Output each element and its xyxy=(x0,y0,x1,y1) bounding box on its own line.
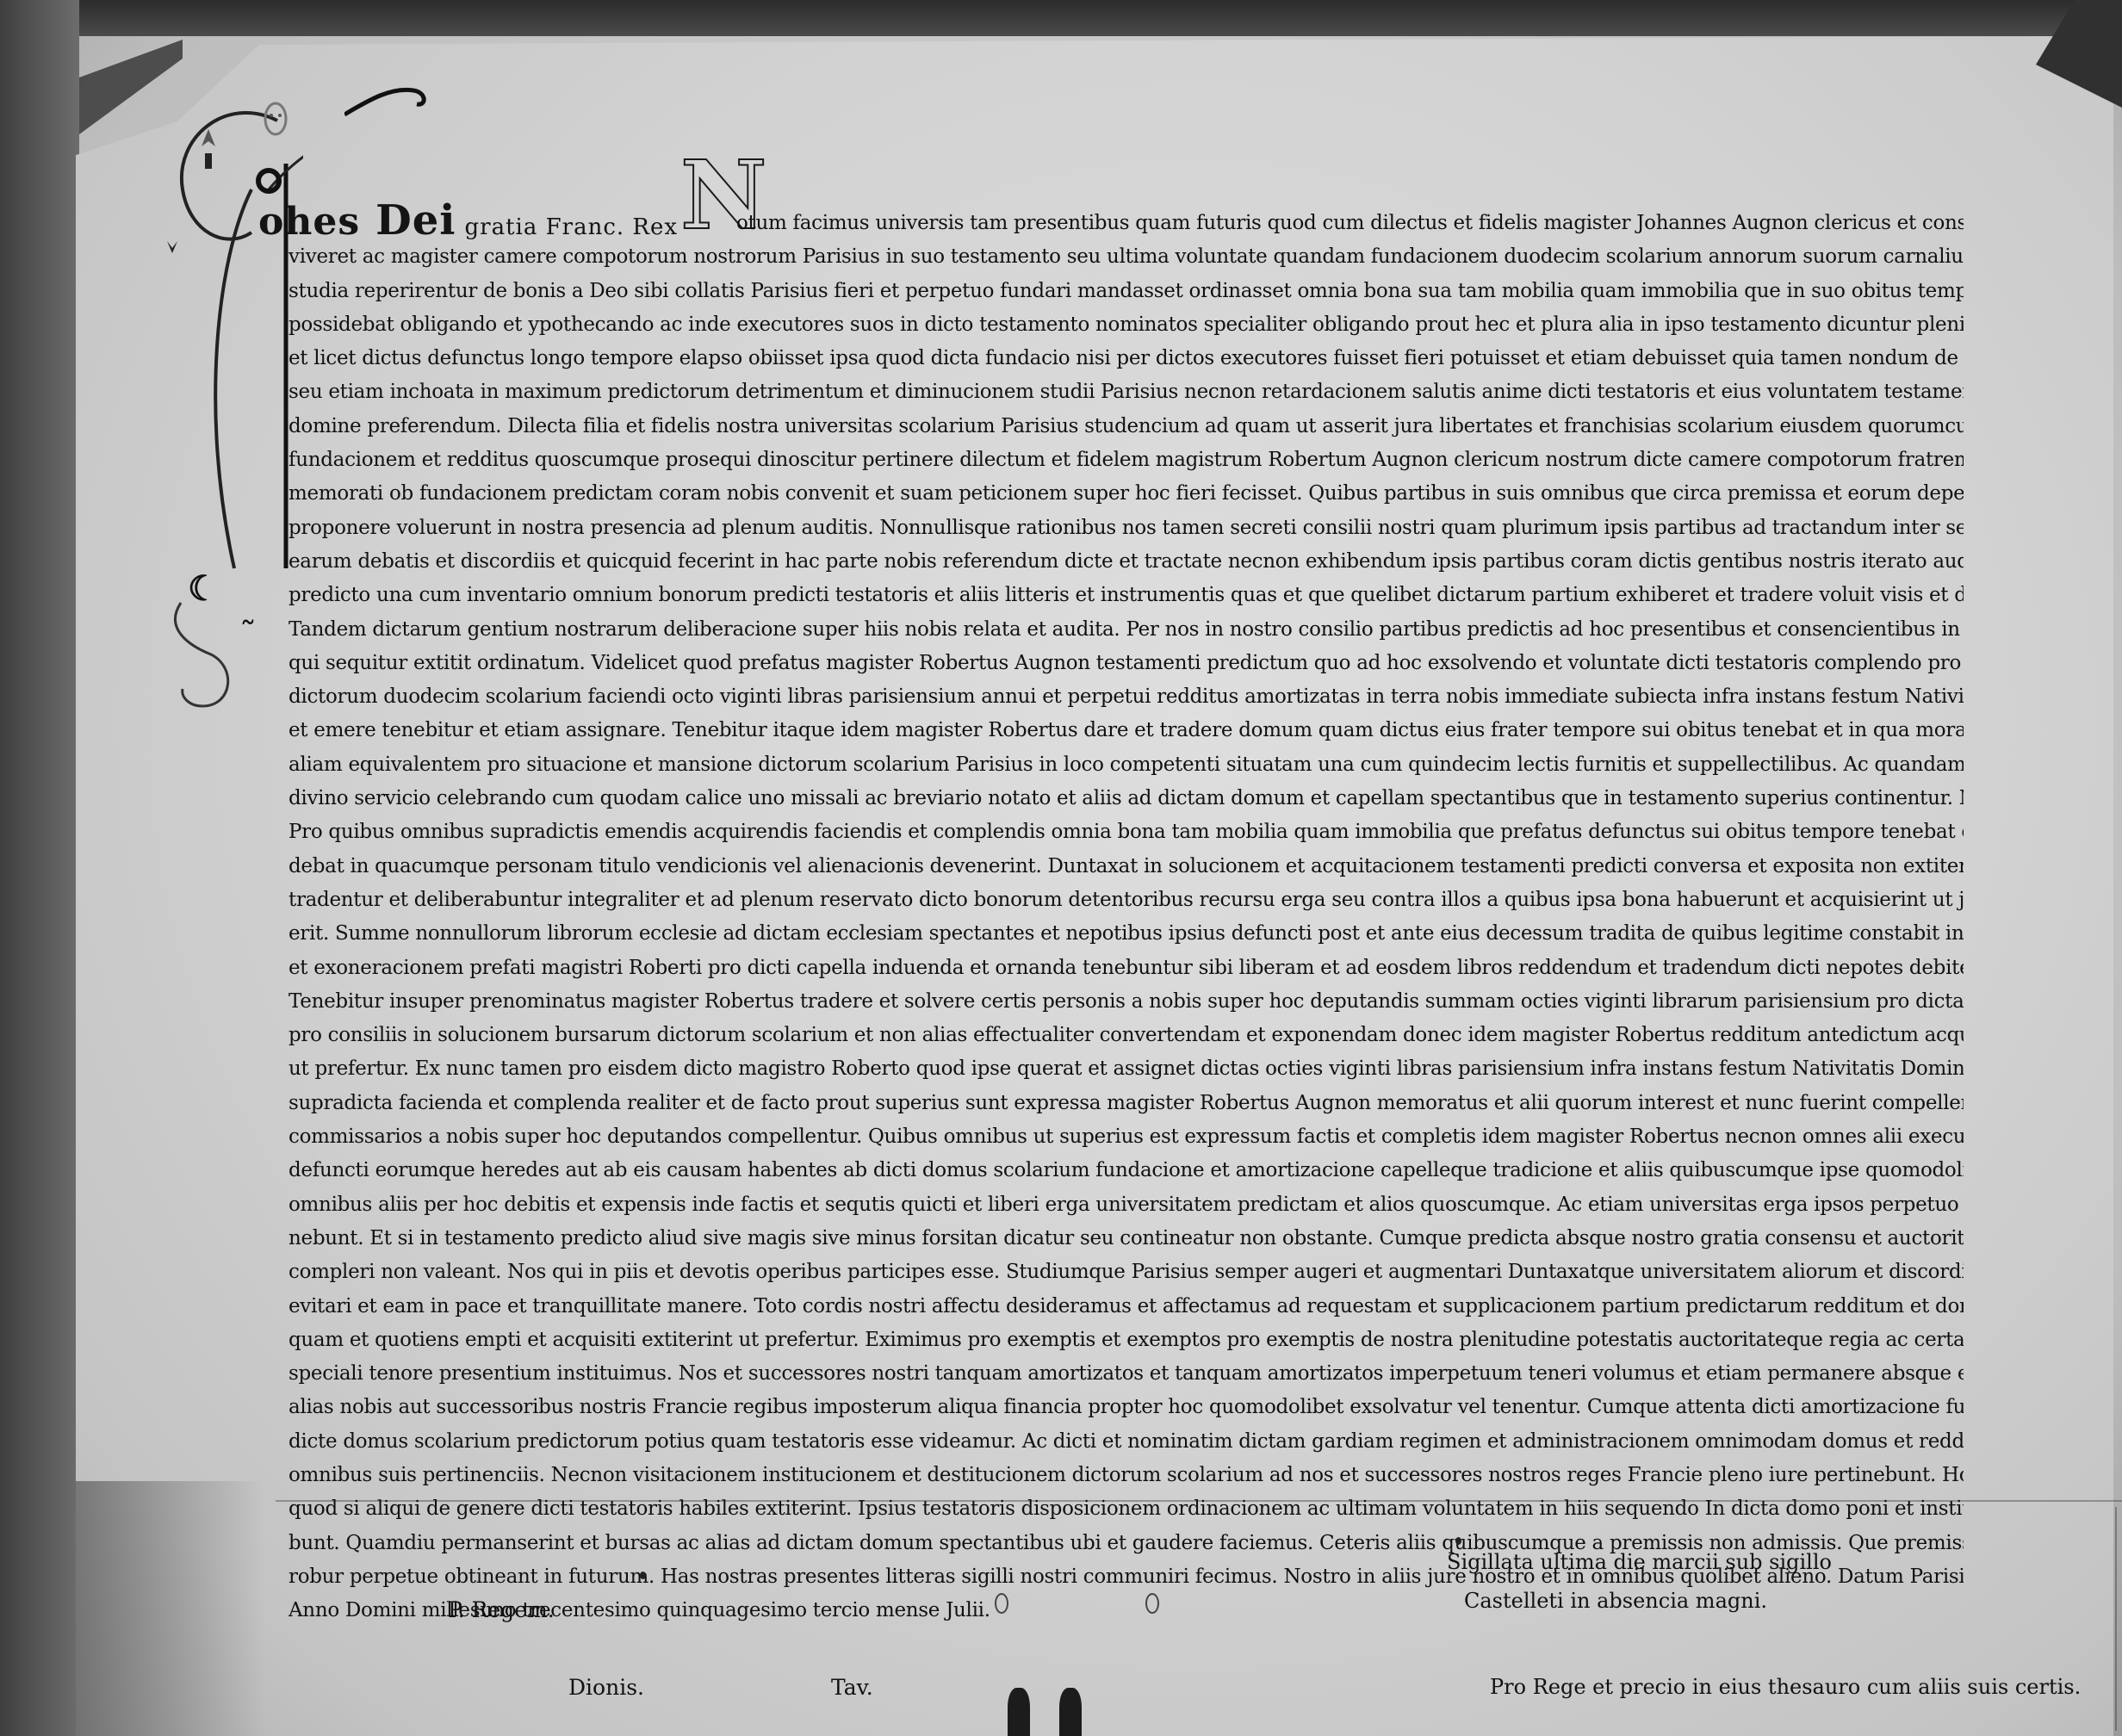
flourish-curl-icon xyxy=(344,82,431,116)
text-line: proponere voluerunt in nostra presencia … xyxy=(289,512,1964,545)
chancery-note-pro-rege: Pro Rege et precio in eius thesauro cum … xyxy=(1490,1675,2081,1699)
decorated-initial-j xyxy=(148,86,303,603)
face-ornament-icon xyxy=(258,95,293,146)
seal-slit-hole xyxy=(995,1593,1008,1614)
tilde-mark-icon: ˜ xyxy=(239,616,257,655)
text-line: quod si aliqui de genere dicti testatori… xyxy=(289,1492,1964,1526)
plica-edge-right xyxy=(2115,1507,2117,1731)
dating-clause: Anno Domini millesimo trecentesimo quinq… xyxy=(289,1594,1236,1627)
seal-tags xyxy=(990,1688,1094,1736)
secretary-mark: Tav. xyxy=(831,1675,873,1700)
text-line: Pro quibus omnibus supradictis emendis a… xyxy=(289,815,1964,849)
text-line: possidebat obligando et ypothecando ac i… xyxy=(289,308,1964,342)
seal-slit-hole xyxy=(1145,1593,1159,1614)
text-line: earum debatis et discordiis et quicquid … xyxy=(289,545,1964,579)
per-regem-note: P. Regem. xyxy=(448,1597,555,1622)
text-line: omnibus aliis per hoc debitis et expensi… xyxy=(289,1188,1964,1222)
text-line: et licet dictus defunctus longo tempore … xyxy=(289,342,1964,375)
ink-speck xyxy=(1455,1537,1461,1545)
text-line: otum facimus universis tam presentibus q… xyxy=(289,207,1964,240)
text-line: Tenebitur insuper prenominatus magister … xyxy=(289,985,1964,1019)
text-line: quam et quotiens empti et acquisiti exti… xyxy=(289,1324,1964,1357)
ink-speck xyxy=(640,1572,646,1579)
text-line: compleri non valeant. Nos qui in piis et… xyxy=(289,1255,1964,1289)
text-line: fundacionem et redditus quoscumque prose… xyxy=(289,443,1964,477)
chancery-note-sealed: Sigillata ultima die marcii sub sigillo xyxy=(1447,1550,1832,1574)
text-line: studia reperirentur de bonis a Deo sibi … xyxy=(289,275,1964,308)
text-line: seu etiam inchoata in maximum predictoru… xyxy=(289,375,1964,409)
text-line: viveret ac magister camere compotorum no… xyxy=(289,240,1964,274)
text-line: speciali tenore presentium instituimus. … xyxy=(289,1357,1964,1391)
text-line: supradicta facienda et complenda realite… xyxy=(289,1087,1964,1120)
text-line: nebunt. Et si in testamento predicto ali… xyxy=(289,1222,1964,1255)
text-line: Tandem dictarum gentium nostrarum delibe… xyxy=(289,613,1964,647)
text-line: pro consiliis in solucionem bursarum dic… xyxy=(289,1019,1964,1052)
text-line: ut prefertur. Ex nunc tamen pro eisdem d… xyxy=(289,1052,1964,1086)
chancery-note-castelleti: Castelleti in absencia magni. xyxy=(1464,1589,1767,1613)
text-line: commissarios a nobis super hoc deputando… xyxy=(289,1120,1964,1154)
fleur-de-lis-small-icon xyxy=(167,241,177,253)
text-line: aliam equivalentem pro situacione et man… xyxy=(289,748,1964,782)
text-line: dictorum duodecim scolarium faciendi oct… xyxy=(289,680,1964,714)
text-line: dicte domus scolarium predictorum potius… xyxy=(289,1425,1964,1459)
text-line: memorati ob fundacionem predictam coram … xyxy=(289,477,1964,511)
text-line: evitari et eam in pace et tranquillitate… xyxy=(289,1290,1964,1324)
text-line: erit. Summe nonnullorum librorum ecclesi… xyxy=(289,917,1964,951)
text-line: alias nobis aut successoribus nostris Fr… xyxy=(289,1391,1964,1424)
text-line: omnibus suis pertinenciis. Necnon visita… xyxy=(289,1459,1964,1492)
text-line: divino servicio celebrando cum quodam ca… xyxy=(289,782,1964,815)
text-line: debat in quacumque personam titulo vendi… xyxy=(289,850,1964,883)
text-line: domine preferendum. Dilecta filia et fid… xyxy=(289,410,1964,443)
charter-body: otum facimus universis tam presentibus q… xyxy=(289,234,1964,1627)
fleur-de-lis-icon xyxy=(202,129,215,169)
s-flourish-icon xyxy=(164,594,241,715)
text-line: defuncti eorumque heredes aut ab eis cau… xyxy=(289,1154,1964,1187)
fold-shadow-bottom-left xyxy=(76,1481,265,1736)
scan-frame-top xyxy=(0,0,2122,36)
document-scan: ohesDeigratia Franc. Rex N ☾ ˜ otum faci… xyxy=(0,0,2122,1736)
text-line: et emere tenebitur et etiam assignare. T… xyxy=(289,714,1964,747)
scan-frame-left xyxy=(0,0,79,1736)
text-line: et exoneracionem prefati magistri Robert… xyxy=(289,952,1964,985)
text-line: qui sequitur extitit ordinatum. Videlice… xyxy=(289,647,1964,680)
text-line: tradentur et deliberabuntur integraliter… xyxy=(289,883,1964,917)
text-line: predicto una cum inventario omnium bonor… xyxy=(289,579,1964,612)
secretary-signature: Dionis. xyxy=(568,1675,644,1700)
